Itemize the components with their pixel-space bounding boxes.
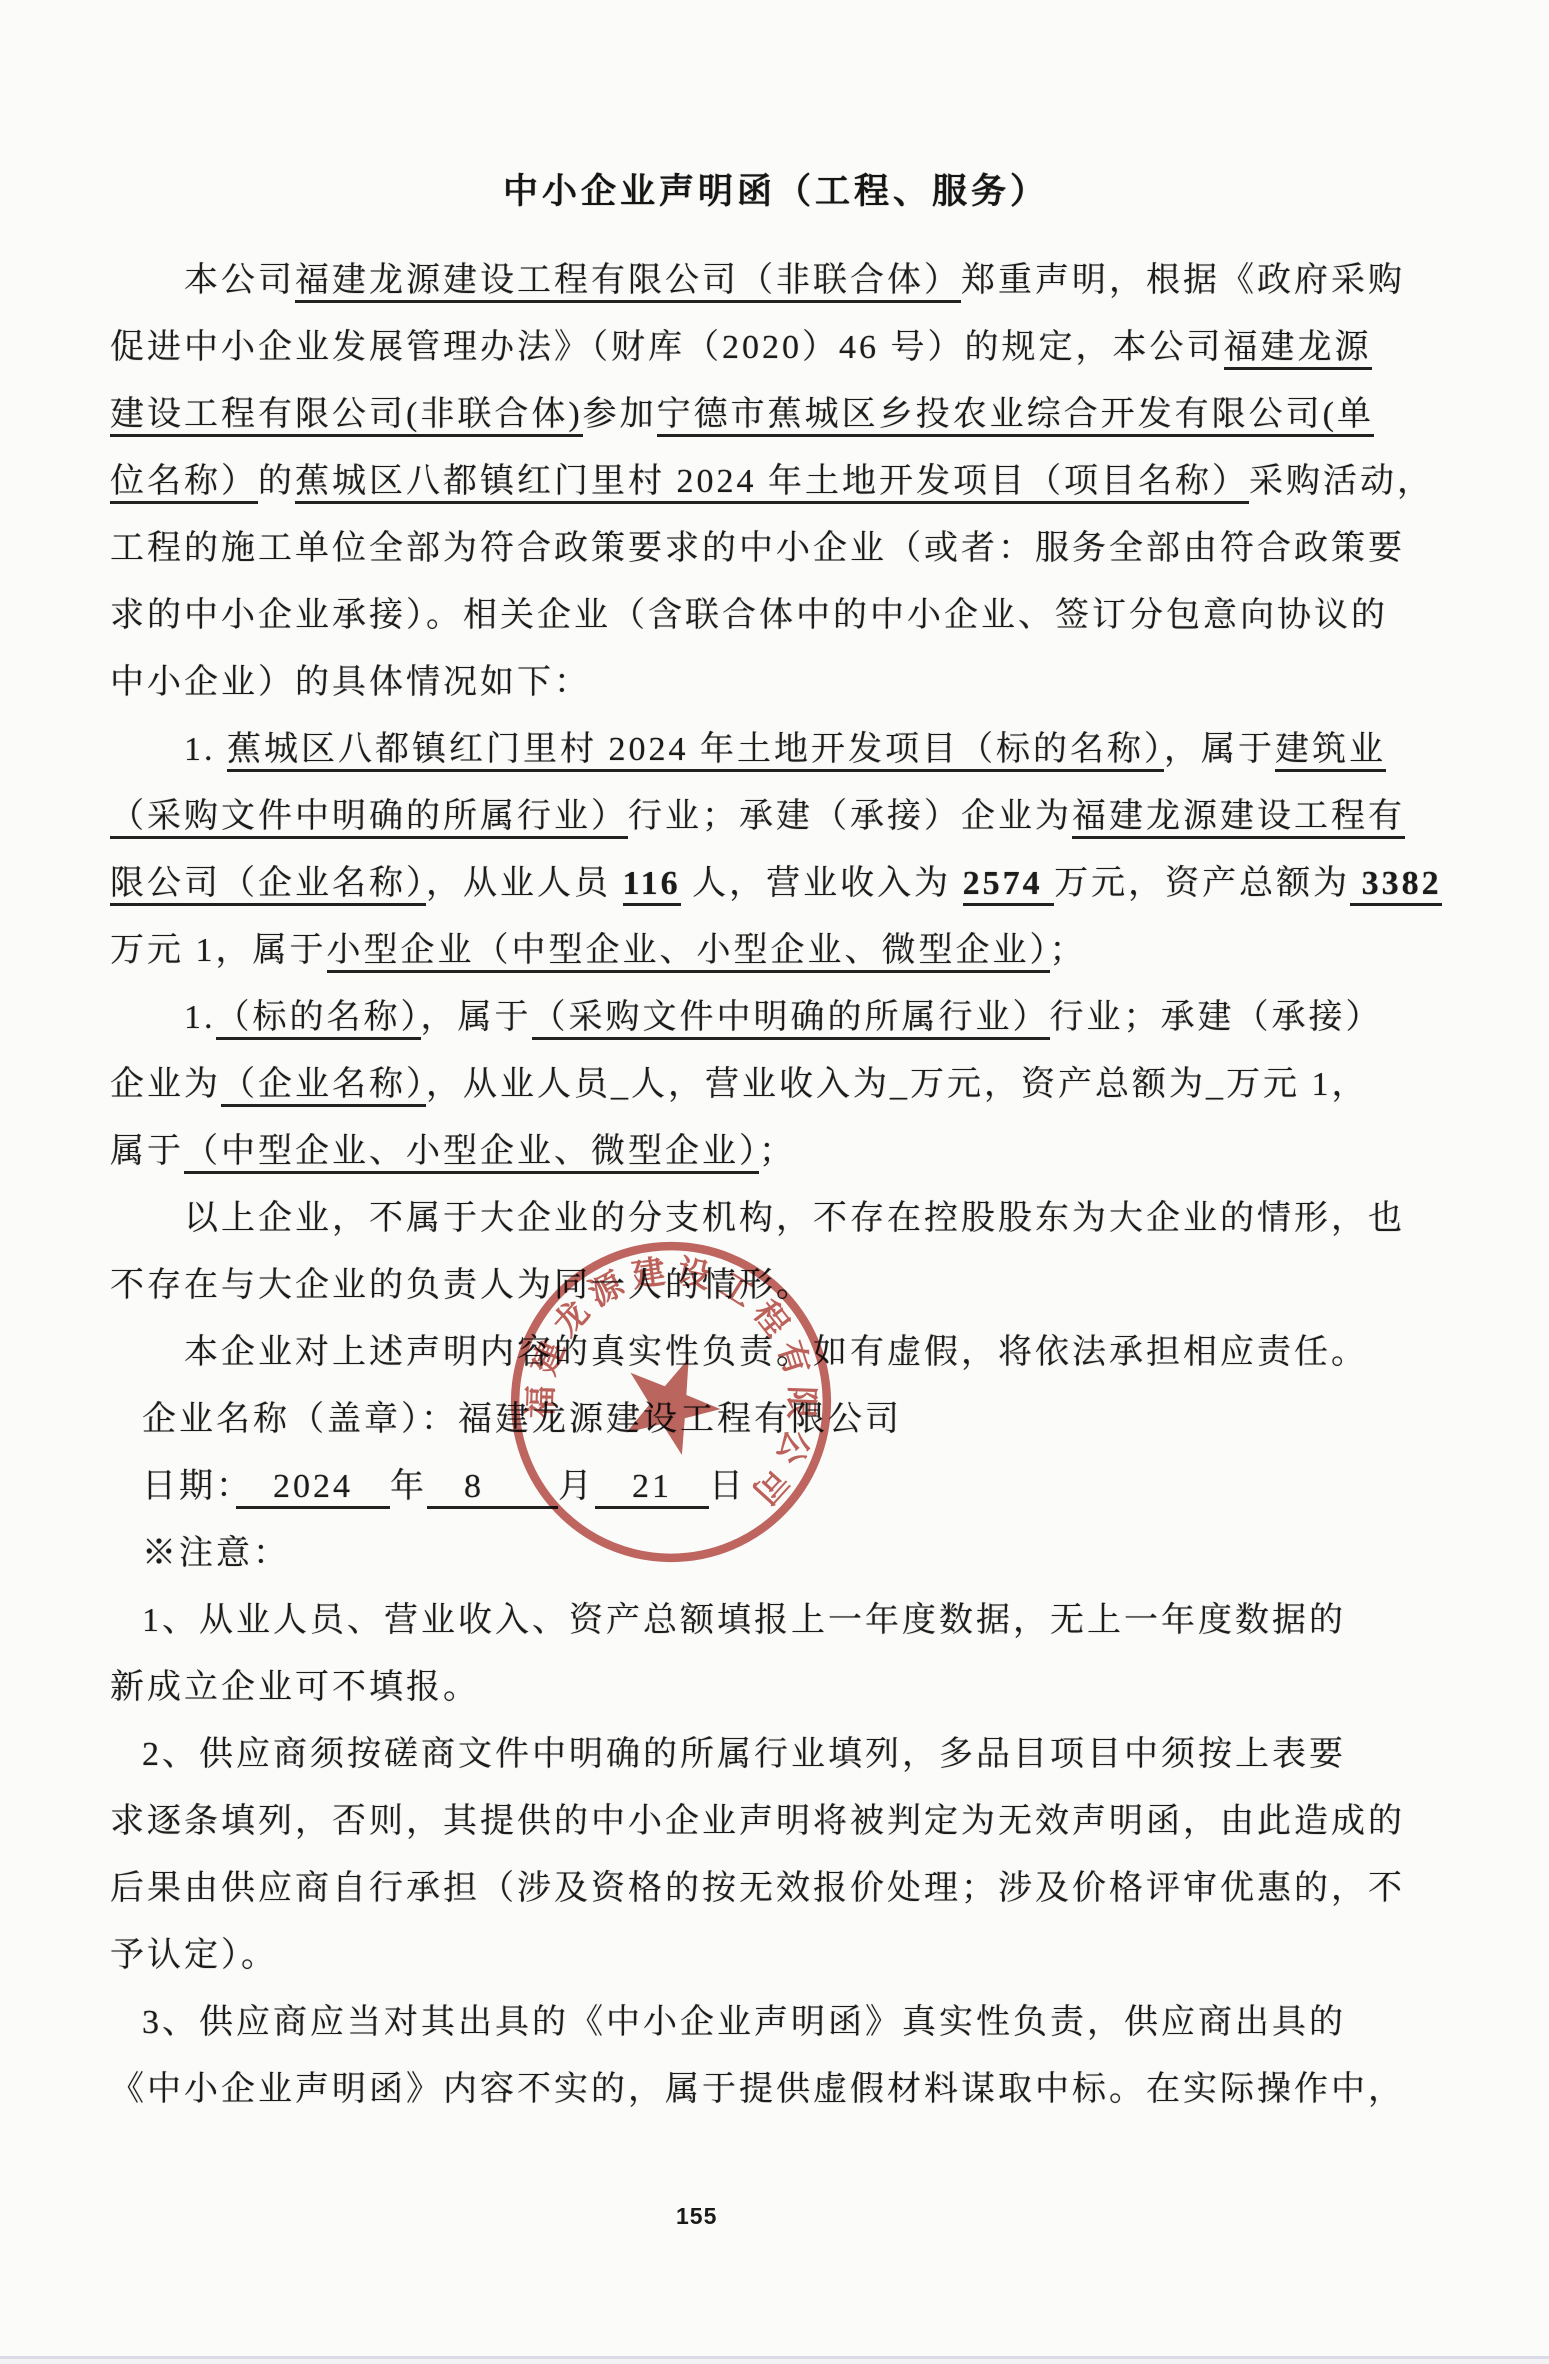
document-line: 新成立企业可不填报。 [110,1654,1442,1721]
filled-blank: （标的名称） [216,999,421,1040]
document-line: 建设工程有限公司(非联合体)参加宁德市蕉城区乡投农业综合开发有限公司(单 [110,381,1442,448]
document-line: 求的中小企业承接）。相关企业（含联合体中的中小企业、签订分包意向协议的 [110,582,1442,649]
document-line: 2、供应商须按磋商文件中明确的所属行业填列，多品目项目中须按上表要 [110,1721,1442,1788]
document-line: 3、供应商应当对其出具的《中小企业声明函》真实性负责，供应商出具的 [110,1989,1442,2056]
document-line: 企业为（企业名称），从业人员_人，营业收入为_万元，资产总额为_万元 1， [110,1051,1442,1118]
document-line: 促进中小企业发展管理办法》（财库（2020）46 号）的规定，本公司福建龙源 [110,314,1442,381]
text-segment: ，从业人员_人，营业收入为_万元，资产总额为_万元 1， [426,1066,1369,1103]
text-segment: 本公司 [184,262,295,299]
page-number: 155 [676,2203,717,2230]
document-line: 1.（标的名称），属于（采购文件中明确的所属行业）行业；承建（承接） [110,984,1442,1051]
text-segment: 日期： [142,1468,236,1505]
document-line: 工程的施工单位全部为符合政策要求的中小企业（或者：服务全部由符合政策要 [110,515,1442,582]
text-segment: ，属于 [1164,731,1275,768]
text-segment: 年 [390,1468,427,1505]
text-segment: 工程的施工单位全部为符合政策要求的中小企业（或者：服务全部由符合政策要 [110,530,1405,567]
document-line: 万元 1，属于小型企业（中型企业、小型企业、微型企业）； [110,917,1442,984]
text-segment: ※注意： [142,1535,290,1572]
filled-blank: 位名称） [110,463,258,504]
text-segment: 采购活动， [1249,463,1434,500]
document-line: 属于（中型企业、小型企业、微型企业）； [110,1118,1442,1185]
document-line: 位名称）的蕉城区八都镇红门里村 2024 年土地开发项目（项目名称）采购活动， [110,448,1442,515]
document-line: （采购文件中明确的所属行业）行业；承建（承接）企业为福建龙源建设工程有 [110,783,1442,850]
seal-star-icon [609,1340,734,1462]
filled-blank: 116 [623,865,681,906]
filled-blank: （中型企业、小型企业、微型企业） [184,1133,759,1174]
text-segment: 参加 [583,396,657,433]
document-line: 求逐条填列，否则，其提供的中小企业声明将被判定为无效声明函，由此造成的 [110,1788,1442,1855]
filled-blank: 福建龙源 [1224,329,1372,370]
page-title: 中小企业声明函（工程、服务） [110,158,1442,225]
text-segment: 求逐条填列，否则，其提供的中小企业声明将被判定为无效声明函，由此造成的 [110,1803,1405,1840]
text-segment: 行业；承建（承接）企业为 [628,798,1072,835]
text-segment: 属于 [110,1133,184,1170]
text-segment: ，从业人员 [426,865,623,902]
text-segment: 促进中小企业发展管理办法》（财库（2020）46 号）的规定，本公司 [110,329,1224,366]
text-segment: 郑重声明，根据《政府采购 [961,262,1405,299]
text-segment: 的 [258,463,295,500]
filled-blank: 蕉城区八都镇红门里村 2024 年土地开发项目（标的名称） [227,731,1164,772]
document-line: 限公司（企业名称），从业人员 116 人，营业收入为 2574 万元，资产总额为… [110,850,1442,917]
text-segment: 3、供应商应当对其出具的《中小企业声明函》真实性负责，供应商出具的 [142,2004,1346,2041]
text-segment: 《中小企业声明函》内容不实的，属于提供虚假材料谋取中标。在实际操作中， [110,2071,1405,2108]
company-seal-stamp: 福建龙源建设工程有限公司 [494,1232,848,1572]
text-segment: 行业；承建（承接） [1050,999,1383,1036]
filled-blank: 建设工程有限公司(非联合体) [110,396,583,437]
filled-blank: 福建龙源建设工程有 [1072,798,1405,839]
document-line: 本公司福建龙源建设工程有限公司（非联合体）郑重声明，根据《政府采购 [110,247,1442,314]
filled-blank: 福建龙源建设工程有限公司（非联合体） [295,262,961,303]
filled-blank: 建筑业 [1275,731,1386,772]
filled-blank: 宁德市蕉城区乡投农业综合开发有限公司(单 [657,396,1374,437]
text-segment: 企业为 [110,1066,221,1103]
document-body: 本公司福建龙源建设工程有限公司（非联合体）郑重声明，根据《政府采购促进中小企业发… [110,247,1442,2123]
text-segment: ，属于 [421,999,532,1036]
filled-blank: 2574 [963,865,1055,906]
scan-edge-bottom [0,2359,1549,2364]
filled-blank: （采购文件中明确的所属行业） [110,798,628,839]
document-line: 《中小企业声明函》内容不实的，属于提供虚假材料谋取中标。在实际操作中， [110,2056,1442,2123]
document-line: 1. 蕉城区八都镇红门里村 2024 年土地开发项目（标的名称），属于建筑业 [110,716,1442,783]
document-content: 中小企业声明函（工程、服务） 本公司福建龙源建设工程有限公司（非联合体）郑重声明… [110,158,1442,2123]
document-line: 中小企业）的具体情况如下： [110,649,1442,716]
text-segment: 新成立企业可不填报。 [110,1669,480,1706]
text-segment: 求的中小企业承接）。相关企业（含联合体中的中小企业、签订分包意向协议的 [110,597,1388,634]
text-segment: 万元，资产总额为 [1054,865,1350,902]
filled-blank: 2024 [236,1468,390,1509]
text-segment: 万元 1，属于 [110,932,327,969]
text-segment: 1. [184,999,216,1036]
text-segment: ； [759,1133,796,1170]
scanned-document-page: 中小企业声明函（工程、服务） 本公司福建龙源建设工程有限公司（非联合体）郑重声明… [0,0,1549,2364]
text-segment: 中小企业）的具体情况如下： [110,664,591,701]
filled-blank: 限公司（企业名称） [110,865,426,906]
document-line: 予认定）。 [110,1922,1442,1989]
text-segment: ； [1050,932,1087,969]
filled-blank: 小型企业（中型企业、小型企业、微型企业） [327,932,1050,973]
document-line: 1、从业人员、营业收入、资产总额填报上一年度数据，无上一年度数据的 [110,1587,1442,1654]
text-segment: 人，营业收入为 [681,865,963,902]
text-segment: 1、从业人员、营业收入、资产总额填报上一年度数据，无上一年度数据的 [142,1602,1346,1639]
filled-blank: （采购文件中明确的所属行业） [532,999,1050,1040]
text-segment: 1. [184,731,227,768]
document-line: 后果由供应商自行承担（涉及资格的按无效报价处理；涉及价格评审优惠的，不 [110,1855,1442,1922]
filled-blank: 3382 [1350,865,1442,906]
text-segment: 予认定）。 [110,1937,278,1974]
filled-blank: （企业名称） [221,1066,426,1107]
filled-blank: 蕉城区八都镇红门里村 2024 年土地开发项目（项目名称） [295,463,1249,504]
text-segment: 2、供应商须按磋商文件中明确的所属行业填列，多品目项目中须按上表要 [142,1736,1346,1773]
text-segment: 后果由供应商自行承担（涉及资格的按无效报价处理；涉及价格评审优惠的，不 [110,1870,1405,1907]
